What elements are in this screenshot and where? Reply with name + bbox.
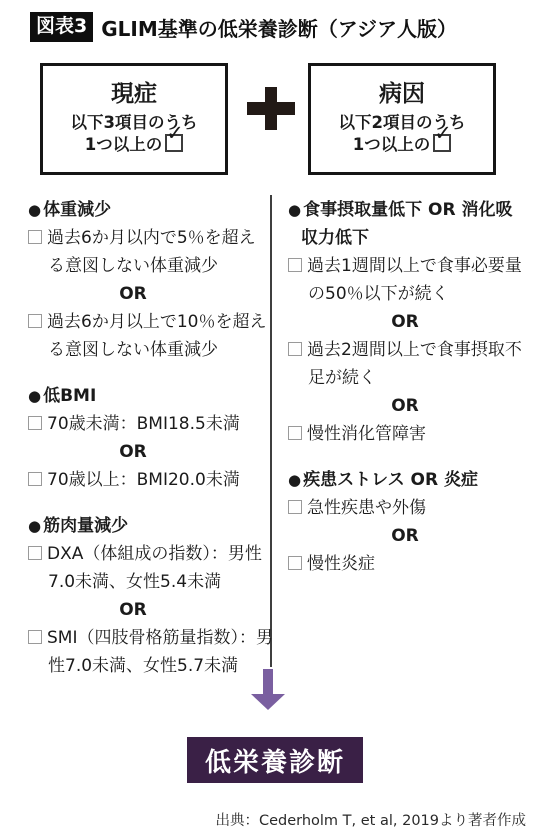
phenotypic-criteria-column: ●体重減少 過去6か月以内で5％を超え る意図しない体重減少 OR 過去6か月以…: [28, 196, 268, 698]
section-heading-text: 食事摂取量低下 OR 消化吸: [303, 200, 512, 220]
section-heading-text: 疾患ストレス OR 炎症: [303, 470, 478, 490]
checkbox-icon: [28, 314, 42, 328]
criteria-item-text: 過去2週間以上で食事摂取不: [307, 340, 522, 360]
figure-number-badge: 図表3: [30, 12, 93, 42]
checkbox-icon: [28, 630, 42, 644]
checkbox-icon: [28, 416, 42, 430]
section-heading: ●食事摂取量低下 OR 消化吸: [288, 196, 534, 224]
checkbox-icon: [288, 258, 302, 272]
or-label: OR: [28, 596, 238, 624]
criteria-item: DXA（体組成の指数）：男性: [28, 540, 268, 568]
criteria-item-text: 70歳以上：BMI20.0未満: [47, 470, 240, 490]
criteria-item: 急性疾患や外傷: [288, 494, 534, 522]
bullet-icon: ●: [28, 387, 41, 405]
checkbox-icon: [288, 556, 302, 570]
criteria-item-text: DXA（体組成の指数）：男性: [47, 544, 262, 564]
box-subtitle-text: 1つ以上の: [353, 135, 430, 154]
criteria-item: 過去6か月以上で10％を超え: [28, 308, 268, 336]
criteria-item-continued: 足が続く: [288, 364, 534, 392]
arrow-shaft: [263, 669, 273, 695]
etiologic-criteria-box: 病因 以下2項目のうち 1つ以上の✓: [308, 63, 496, 175]
criteria-item-continued: る意図しない体重減少: [28, 252, 268, 280]
criteria-section-muscle-loss: ●筋肉量減少 DXA（体組成の指数）：男性 7.0未満、女性5.4未満 OR S…: [28, 512, 268, 680]
criteria-item: 過去2週間以上で食事摂取不: [288, 336, 534, 364]
criteria-item-text: 過去6か月以内で5％を超え: [47, 228, 256, 248]
criteria-item-continued: 7.0未満、女性5.4未満: [28, 568, 268, 596]
criteria-item: SMI（四肢骨格筋量指数）：男: [28, 624, 268, 652]
criteria-item: 慢性炎症: [288, 550, 534, 578]
criteria-item: 過去1週間以上で食事必要量: [288, 252, 534, 280]
criteria-item-text: 過去1週間以上で食事必要量: [307, 256, 522, 276]
glim-diagram-figure: 図表3 GLIM基準の低栄養診断（アジア人版） 現症 以下3項目のうち 1つ以上…: [0, 0, 540, 840]
criteria-item-text: 急性疾患や外傷: [307, 498, 426, 518]
bullet-icon: ●: [28, 201, 41, 219]
or-label: OR: [28, 438, 238, 466]
plus-vertical-bar: [265, 87, 277, 130]
criteria-item-continued: る意図しない体重減少: [28, 336, 268, 364]
checkbox-icon: [288, 500, 302, 514]
box-subtitle-line2: 1つ以上の✓: [353, 134, 451, 156]
or-label: OR: [288, 392, 522, 420]
section-heading: ●筋肉量減少: [28, 512, 268, 540]
checkbox-icon: [28, 230, 42, 244]
or-label: OR: [288, 308, 522, 336]
bullet-icon: ●: [28, 517, 41, 535]
section-heading-continued: 収力低下: [288, 224, 534, 252]
criteria-item-text: 70歳未満：BMI18.5未満: [47, 414, 240, 434]
checked-checkbox-icon: ✓: [433, 134, 451, 152]
criteria-item-text: SMI（四肢骨格筋量指数）：男: [47, 628, 273, 648]
box-subtitle-text: 1つ以上の: [85, 135, 162, 154]
arrow-head: [251, 694, 285, 710]
checkmark-icon: ✓: [166, 123, 184, 144]
section-heading-text: 筋肉量減少: [43, 516, 128, 536]
criteria-item-continued: の50％以下が続く: [288, 280, 534, 308]
figure-title: GLIM基準の低栄養診断（アジア人版）: [101, 13, 457, 42]
criteria-section-low-bmi: ●低BMI 70歳未満：BMI18.5未満 OR 70歳以上：BMI20.0未満: [28, 382, 268, 494]
source-caption: 出典：Cederholm T, et al, 2019より著者作成: [215, 809, 526, 830]
checkmark-icon: ✓: [434, 123, 452, 144]
criteria-item-text: 過去6か月以上で10％を超え: [47, 312, 266, 332]
criteria-item: 70歳未満：BMI18.5未満: [28, 410, 268, 438]
section-heading: ●低BMI: [28, 382, 268, 410]
box-subtitle-line2: 1つ以上の✓: [85, 134, 183, 156]
checkbox-icon: [28, 472, 42, 486]
criteria-item: 慢性消化管障害: [288, 420, 534, 448]
etiologic-criteria-column: ●食事摂取量低下 OR 消化吸 収力低下 過去1週間以上で食事必要量 の50％以…: [288, 196, 534, 596]
criteria-section-disease-stress: ●疾患ストレス OR 炎症 急性疾患や外傷 OR 慢性炎症: [288, 466, 534, 578]
section-heading: ●体重減少: [28, 196, 268, 224]
or-label: OR: [28, 280, 238, 308]
box-title: 現症: [111, 81, 157, 109]
section-heading-text: 体重減少: [43, 200, 111, 220]
checkbox-icon: [288, 342, 302, 356]
criteria-item-continued: 性7.0未満、女性5.7未満: [28, 652, 268, 680]
phenotypic-criteria-box: 現症 以下3項目のうち 1つ以上の✓: [40, 63, 228, 175]
criteria-section-intake-reduction: ●食事摂取量低下 OR 消化吸 収力低下 過去1週間以上で食事必要量 の50％以…: [288, 196, 534, 448]
criteria-item-text: 慢性炎症: [307, 554, 375, 574]
criteria-item: 過去6か月以内で5％を超え: [28, 224, 268, 252]
bullet-icon: ●: [288, 201, 301, 219]
criteria-item-text: 慢性消化管障害: [307, 424, 426, 444]
down-arrow-icon: [251, 669, 285, 711]
checkbox-icon: [288, 426, 302, 440]
diagnosis-result-box: 低栄養診断: [187, 737, 363, 783]
checked-checkbox-icon: ✓: [165, 134, 183, 152]
section-heading-text: 低BMI: [43, 386, 96, 406]
figure-header: 図表3 GLIM基準の低栄養診断（アジア人版）: [30, 12, 457, 42]
box-title: 病因: [379, 81, 425, 109]
criteria-item: 70歳以上：BMI20.0未満: [28, 466, 268, 494]
section-heading: ●疾患ストレス OR 炎症: [288, 466, 534, 494]
column-divider-line: [270, 195, 272, 667]
or-label: OR: [288, 522, 522, 550]
plus-icon: [247, 87, 295, 130]
bullet-icon: ●: [288, 471, 301, 489]
criteria-section-weight-loss: ●体重減少 過去6か月以内で5％を超え る意図しない体重減少 OR 過去6か月以…: [28, 196, 268, 364]
checkbox-icon: [28, 546, 42, 560]
